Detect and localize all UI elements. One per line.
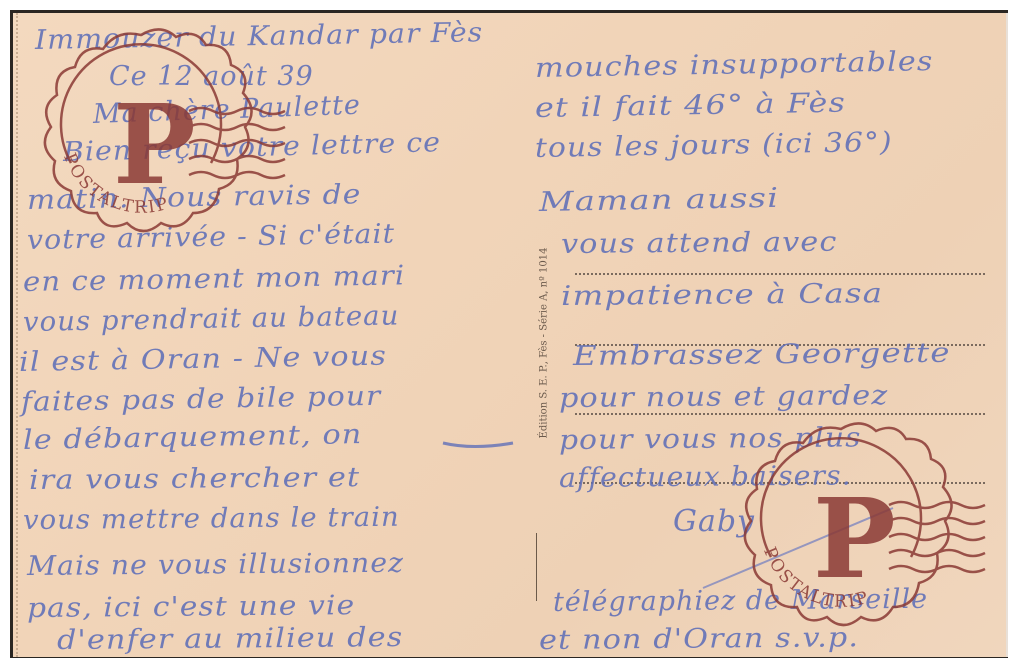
postcard: Immouzer du Kandar par Fès Ce 12 août 39… [13,13,1008,657]
watermark-letter: P [113,80,196,209]
postaltrip-watermark-stamp: P POSTALTRIP [731,417,991,647]
watermark-letter: P [813,474,896,603]
postaltrip-watermark-stamp: P POSTALTRIP [31,23,291,253]
